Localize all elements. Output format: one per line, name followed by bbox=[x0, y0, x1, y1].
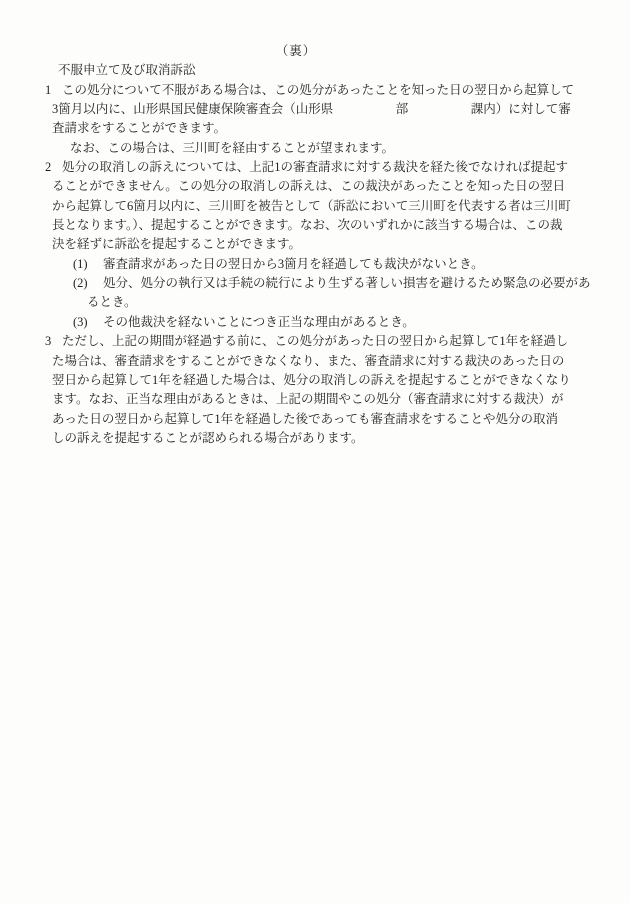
item-2-line-4: 長となります。）、提起することができます。なお、次のいずれかに該当する場合は、こ… bbox=[0, 216, 630, 235]
item-3-line-2: た場合は、審査請求をすることができなくなり、また、審査請求に対する裁決のあった日… bbox=[0, 352, 630, 371]
page-side-label: （裏） bbox=[0, 42, 630, 61]
line-text: 査請求をすることができます。 bbox=[52, 121, 226, 135]
line-text: あった日の翌日から起算して1年を経過した後であっても審査請求をすることや処分の取… bbox=[52, 412, 558, 426]
item-1-line-1: 1この処分について不服がある場合は、この処分があったことを知った日の翌日から起算… bbox=[0, 81, 630, 100]
line-text: 処分、処分の執行又は手続の続行により生ずる著しい損害を避けるため緊急の必要があ bbox=[103, 276, 591, 290]
line-text: ます。なお、正当な理由があるときは、上記の期間やこの処分（審査請求に対する裁決）… bbox=[52, 392, 564, 406]
line-text: その他裁決を経ないことにつき正当な理由があるとき。 bbox=[103, 315, 415, 329]
item-3-line-4: ます。なお、正当な理由があるときは、上記の期間やこの処分（審査請求に対する裁決）… bbox=[0, 390, 630, 409]
line-text: しの訴えを提起することが認められる場合があります。 bbox=[52, 431, 364, 445]
subitem-2-number: (2) bbox=[73, 274, 103, 293]
subitem-3-line: (3)その他裁決を経ないことにつき正当な理由があるとき。 bbox=[0, 313, 630, 332]
line-text: ることができません。この処分の取消しの訴えは、この裁決があったことを知った日の翌… bbox=[52, 179, 565, 193]
item-3-line-3: 翌日から起算して1年を経過した場合は、処分の取消しの訴えを提起することができなく… bbox=[0, 371, 630, 390]
line-text: 決を経ずに訴訟を提起することができます。 bbox=[52, 237, 301, 251]
item-3-line-5: あった日の翌日から起算して1年を経過した後であっても審査請求をすることや処分の取… bbox=[0, 410, 630, 429]
item-1-note-line: なお、この場合は、三川町を経由することが望まれます。 bbox=[0, 139, 630, 158]
line-text: るとき。 bbox=[87, 295, 137, 309]
subitem-1-number: (1) bbox=[73, 255, 103, 274]
document-content: （裏） 不服申立て及び取消訴訟 1この処分について不服がある場合は、この処分があ… bbox=[0, 0, 630, 448]
item-2-number: 2 bbox=[45, 158, 62, 177]
line-text: 審査請求があった日の翌日から3箇月を経過しても裁決がないとき。 bbox=[103, 257, 484, 271]
subitem-2-line-2: るとき。 bbox=[0, 293, 630, 312]
item-2-line-5: 決を経ずに訴訟を提起することができます。 bbox=[0, 235, 630, 254]
line-text: 3箇月以内に、山形県国民健康保険審査会（山形県 部 課内）に対して審 bbox=[52, 102, 571, 116]
subitem-3-number: (3) bbox=[73, 313, 103, 332]
line-text: この処分について不服がある場合は、この処分があったことを知った日の翌日から起算し… bbox=[62, 83, 574, 97]
line-text: 翌日から起算して1年を経過した場合は、処分の取消しの訴えを提起することができなく… bbox=[52, 373, 571, 387]
line-text: ただし、上記の期間が経過する前に、この処分があった日の翌日から起算して1年を経過… bbox=[62, 334, 568, 348]
line-text: から起算して6箇月以内に、三川町を被告として（訴訟において三川町を代表する者は三… bbox=[52, 199, 571, 213]
item-3-line-1: 3ただし、上記の期間が経過する前に、この処分があった日の翌日から起算して1年を経… bbox=[0, 332, 630, 351]
item-3-line-6: しの訴えを提起することが認められる場合があります。 bbox=[0, 429, 630, 448]
item-3-number: 3 bbox=[45, 332, 62, 351]
item-1-line-3: 査請求をすることができます。 bbox=[0, 119, 630, 138]
item-2-line-2: ることができません。この処分の取消しの訴えは、この裁決があったことを知った日の翌… bbox=[0, 177, 630, 196]
item-2-line-1: 2処分の取消しの訴えについては、上記1の審査請求に対する裁決を経た後でなければ提… bbox=[0, 158, 630, 177]
line-text: なお、この場合は、三川町を経由することが望まれます。 bbox=[70, 141, 394, 155]
document-page: （裏） 不服申立て及び取消訴訟 1この処分について不服がある場合は、この処分があ… bbox=[0, 0, 630, 903]
subitem-2-line-1: (2)処分、処分の執行又は手続の続行により生ずる著しい損害を避けるため緊急の必要… bbox=[0, 274, 630, 293]
line-text: 長となります。）、提起することができます。なお、次のいずれかに該当する場合は、こ… bbox=[52, 218, 563, 232]
item-1-number: 1 bbox=[45, 81, 62, 100]
line-text: た場合は、審査請求をすることができなくなり、また、審査請求に対する裁決のあった日… bbox=[52, 354, 564, 368]
item-1-line-2: 3箇月以内に、山形県国民健康保険審査会（山形県 部 課内）に対して審 bbox=[0, 100, 630, 119]
subitem-1-line: (1)審査請求があった日の翌日から3箇月を経過しても裁決がないとき。 bbox=[0, 255, 630, 274]
document-heading: 不服申立て及び取消訴訟 bbox=[0, 61, 630, 80]
item-2-line-3: から起算して6箇月以内に、三川町を被告として（訴訟において三川町を代表する者は三… bbox=[0, 197, 630, 216]
line-text: 処分の取消しの訴えについては、上記1の審査請求に対する裁決を経た後でなければ提起… bbox=[62, 160, 568, 174]
